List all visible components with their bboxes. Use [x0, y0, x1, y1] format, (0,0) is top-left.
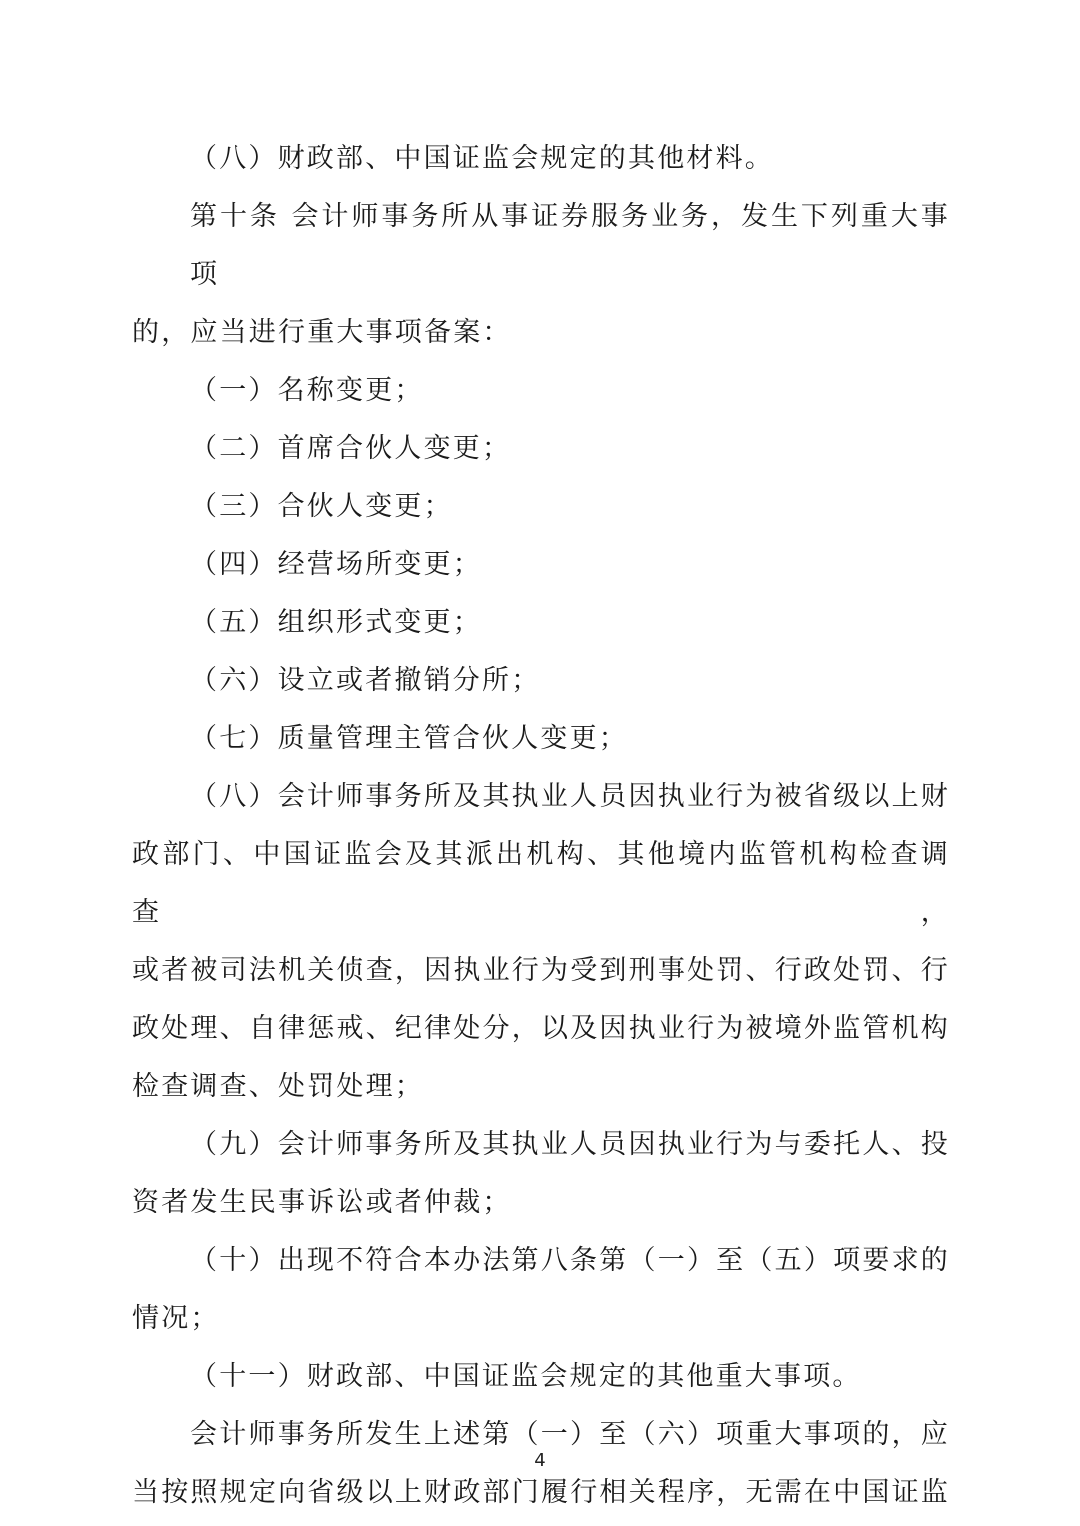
- text-line: 资者发生民事诉讼或者仲裁；: [132, 1174, 950, 1232]
- text-line: （三）合伙人变更；: [132, 478, 950, 536]
- text-line: （八）财政部、中国证监会规定的其他材料。: [132, 130, 950, 188]
- text-line: 情况；: [132, 1290, 950, 1348]
- page-number: 4: [0, 1450, 1080, 1471]
- text-line: 检查调查、处罚处理；: [132, 1058, 950, 1116]
- text-line: （一）名称变更；: [132, 362, 950, 420]
- text-line: （五）组织形式变更；: [132, 594, 950, 652]
- text-line: （九）会计师事务所及其执业人员因执业行为与委托人、投: [132, 1116, 950, 1174]
- text-line: 或者被司法机关侦查，因执业行为受到刑事处罚、行政处罚、行: [132, 942, 950, 1000]
- text-line: 政部门、中国证监会及其派出机构、其他境内监管机构检查调查，: [132, 826, 950, 942]
- text-line: （六）设立或者撤销分所；: [132, 652, 950, 710]
- text-line: 第十条 会计师事务所从事证券服务业务，发生下列重大事项: [132, 188, 950, 304]
- text-line: （四）经营场所变更；: [132, 536, 950, 594]
- text-line: 政处理、自律惩戒、纪律处分，以及因执业行为被境外监管机构: [132, 1000, 950, 1058]
- text-line: 当按照规定向省级以上财政部门履行相关程序，无需在中国证监: [132, 1464, 950, 1522]
- text-line: （十一）财政部、中国证监会规定的其他重大事项。: [132, 1348, 950, 1406]
- text-line: （八）会计师事务所及其执业人员因执业行为被省级以上财: [132, 768, 950, 826]
- text-line: （二）首席合伙人变更；: [132, 420, 950, 478]
- text-line: （十）出现不符合本办法第八条第（一）至（五）项要求的: [132, 1232, 950, 1290]
- text-line: （七）质量管理主管合伙人变更；: [132, 710, 950, 768]
- document-body: （八）财政部、中国证监会规定的其他材料。 第十条 会计师事务所从事证券服务业务，…: [132, 130, 950, 1522]
- text-line: 的，应当进行重大事项备案：: [132, 304, 950, 362]
